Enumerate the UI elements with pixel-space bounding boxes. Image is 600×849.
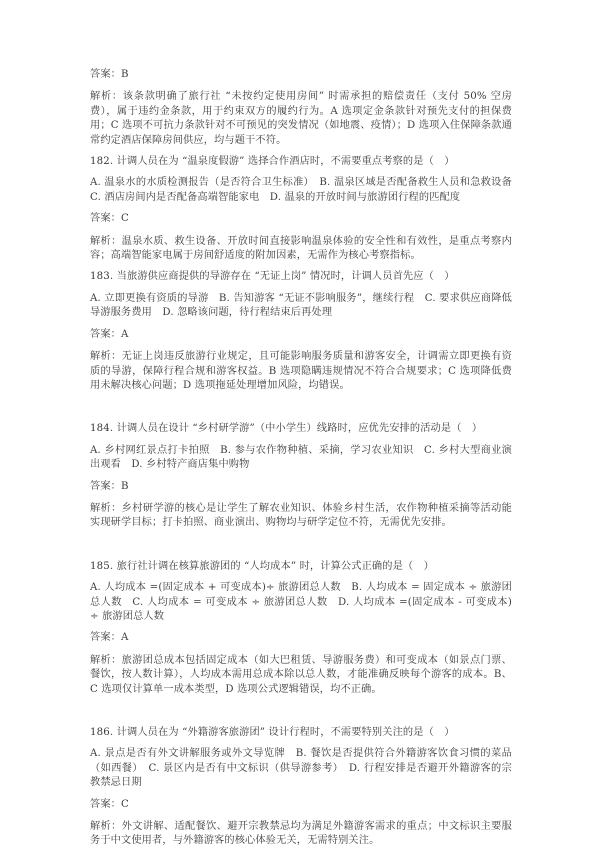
options-182: A. 温泉水的水质检测报告（是否符合卫生标准） B. 温泉区域是否配备救生人员和… <box>90 176 512 205</box>
answer-186: 答案：C <box>90 798 512 812</box>
analysis-184: 解析：乡村研学游的核心是让学生了解农业知识、体验乡村生活，农作物种植采摘等活动能… <box>90 502 512 531</box>
question-182: 182. 计调人员在为 “温泉度假游” 选择合作酒店时，不需要重点考察的是（ ） <box>90 155 512 169</box>
question-186: 186. 计调人员在为 “外籍游客旅游团” 设计行程时，不需要特别关注的是（ ） <box>90 726 512 740</box>
options-186: A. 景点是否有外文讲解服务或外文导览牌 B. 餐饮是否提供符合外籍游客饮食习惯… <box>90 747 512 790</box>
document-page: 答案：B 解析：该条款明确了旅行社 “未按约定使用房间” 时需承担的赔偿责任（支… <box>90 68 512 849</box>
analysis-186: 解析：外文讲解、适配餐饮、避开宗教禁忌均为满足外籍游客需求的重点；中文标识主要服… <box>90 820 512 849</box>
analysis-paragraph: 解析：该条款明确了旅行社 “未按约定使用房间” 时需承担的赔偿责任（支付 50%… <box>90 90 512 148</box>
options-185: A. 人均成本 =(固定成本 + 可变成本)÷ 旅游团总人数 B. 人均成本 =… <box>90 581 512 624</box>
answer-183: 答案：A <box>90 328 512 342</box>
answer-184: 答案：B <box>90 480 512 494</box>
answer-185: 答案：A <box>90 631 512 645</box>
analysis-185: 解析：旅游团总成本包括固定成本（如大巴租赁、导游服务费）和可变成本（如景点门票、… <box>90 654 512 697</box>
options-183: A. 立即更换有资质的导游 B. 告知游客 “无证不影响服务”，继续行程 C. … <box>90 292 512 321</box>
question-185: 185. 旅行社计调在核算旅游团的 “人均成本” 时，计算公式正确的是（ ） <box>90 560 512 574</box>
section-spacer <box>90 538 512 560</box>
analysis-183: 解析：无证上岗违反旅游行业规定，且可能影响服务质量和游客安全，计调需立即更换有资… <box>90 350 512 393</box>
analysis-182: 解析：温泉水质、救生设备、开放时间直接影响温泉体验的安全性和有效性，是重点考察内… <box>90 235 512 264</box>
question-184: 184. 计调人员在设计 “乡村研学游”（中小学生）线路时，应优先安排的活动是（… <box>90 422 512 436</box>
answer-182: 答案：C <box>90 212 512 226</box>
answer-line: 答案：B <box>90 68 512 82</box>
section-spacer <box>90 400 512 422</box>
options-184: A. 乡村网红景点打卡拍照 B. 参与农作物种植、采摘，学习农业知识 C. 乡村… <box>90 444 512 473</box>
section-spacer <box>90 704 512 726</box>
question-183: 183. 当旅游供应商提供的导游存在 “无证上岗” 情况时，计调人员首先应（ ） <box>90 270 512 284</box>
